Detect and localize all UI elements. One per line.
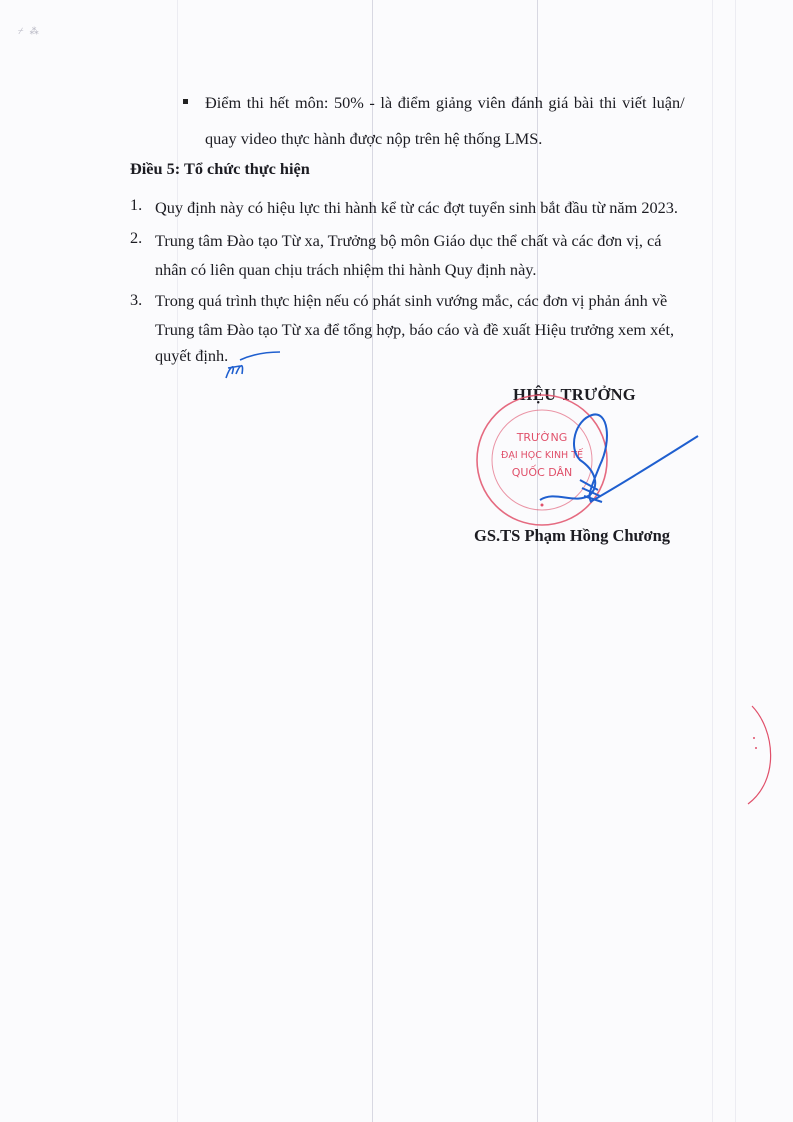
signer-name: GS.TS Phạm Hồng Chương [474, 526, 670, 546]
item-number: 1. [130, 193, 142, 217]
scan-line [372, 0, 373, 1122]
initials-mark [218, 348, 288, 383]
article-heading: Điều 5: Tổ chức thực hiện [130, 157, 310, 181]
item-number: 2. [130, 226, 142, 250]
bullet-line-1: Điểm thi hết môn: 50% - là điểm giảng vi… [205, 91, 685, 115]
bullet-line-2: quay video thực hành được nộp trên hệ th… [205, 127, 542, 151]
partial-page-stamp [740, 700, 793, 810]
item-3-line-2: Trung tâm Đào tạo Từ xa để tổng hợp, báo… [155, 318, 674, 342]
item-number: 3. [130, 288, 142, 312]
item-2-line-2: nhân có liên quan chịu trách nhiệm thi h… [155, 258, 536, 282]
item-2-line-1: Trung tâm Đào tạo Từ xa, Trưởng bộ môn G… [155, 229, 661, 253]
margin-scribble: ⌿ ⁂ [18, 26, 41, 37]
scan-line [735, 0, 736, 1122]
bullet-square-icon [183, 99, 188, 104]
scan-line [712, 0, 713, 1122]
scan-line [537, 0, 538, 1122]
item-3-line-1: Trong quá trình thực hiện nếu có phát si… [155, 289, 667, 313]
handwritten-signature [520, 410, 710, 515]
item-1-line-1: Quy định này có hiệu lực thi hành kể từ … [155, 196, 678, 220]
